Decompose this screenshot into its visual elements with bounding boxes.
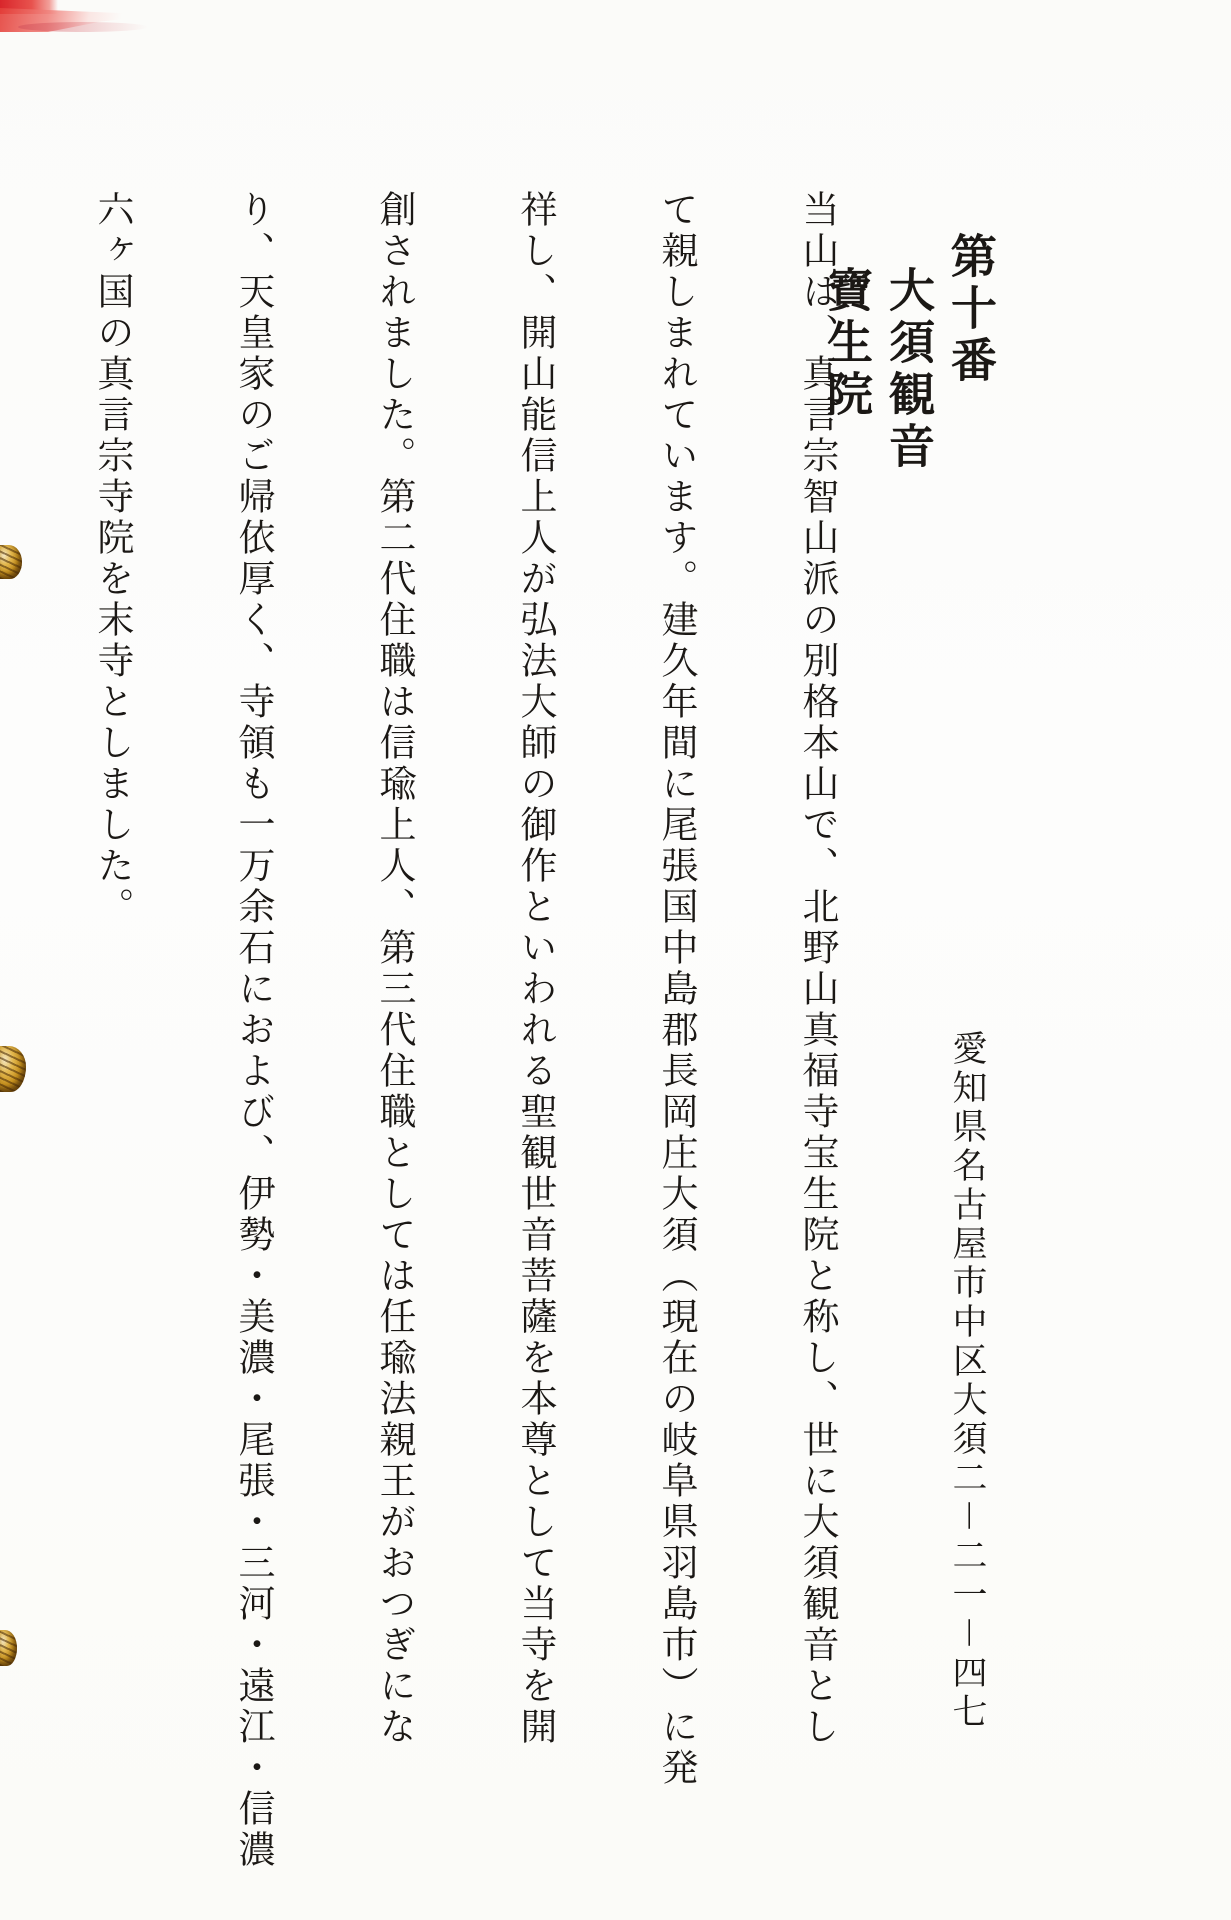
body-line: 六ヶ国の真言宗寺院を末寺としました。 [84, 190, 139, 1890]
body-line: て親しまれています。建久年間に尾張国中島郡長岡庄大須（現在の岐阜県羽島市）に発 [648, 190, 703, 1890]
body-text: 当山は、真言宗智山派の別格本山で、北野山真福寺宝生院と称し、世に大須観音とし て… [325, 190, 930, 1890]
scan-artifact-red-wisp [18, 22, 148, 32]
scan-artifact-red-streak [0, 8, 160, 32]
body-line: 祥し、開山能信上人が弘法大師の御作といわれる聖観世音菩薩を本尊として当寺を開 [507, 190, 562, 1890]
scan-artifact-red-top [0, 0, 58, 14]
page-background: 第十番 大須観音 寶生院 愛知県名古屋市中区大須二－二一－四七 当山は、真言宗智… [0, 0, 1231, 1920]
scanned-page: { "page": { "title": { "number": "第十番", … [0, 0, 1231, 1920]
temple-number: 第十番 [945, 232, 996, 388]
body-line: 当山は、真言宗智山派の別格本山で、北野山真福寺宝生院と称し、世に大須観音とし [789, 190, 844, 1890]
temple-address: 愛知県名古屋市中区大須二－二一－四七 [946, 1030, 988, 1732]
body-line: り、天皇家のご帰依厚く、寺領も一万余石におよび、伊勢・美濃・尾張・三河・遠江・信… [225, 190, 280, 1890]
body-line: 創されました。第二代住職は信瑜上人、第三代住職としては任瑜法親王がおつぎにな [366, 190, 421, 1890]
